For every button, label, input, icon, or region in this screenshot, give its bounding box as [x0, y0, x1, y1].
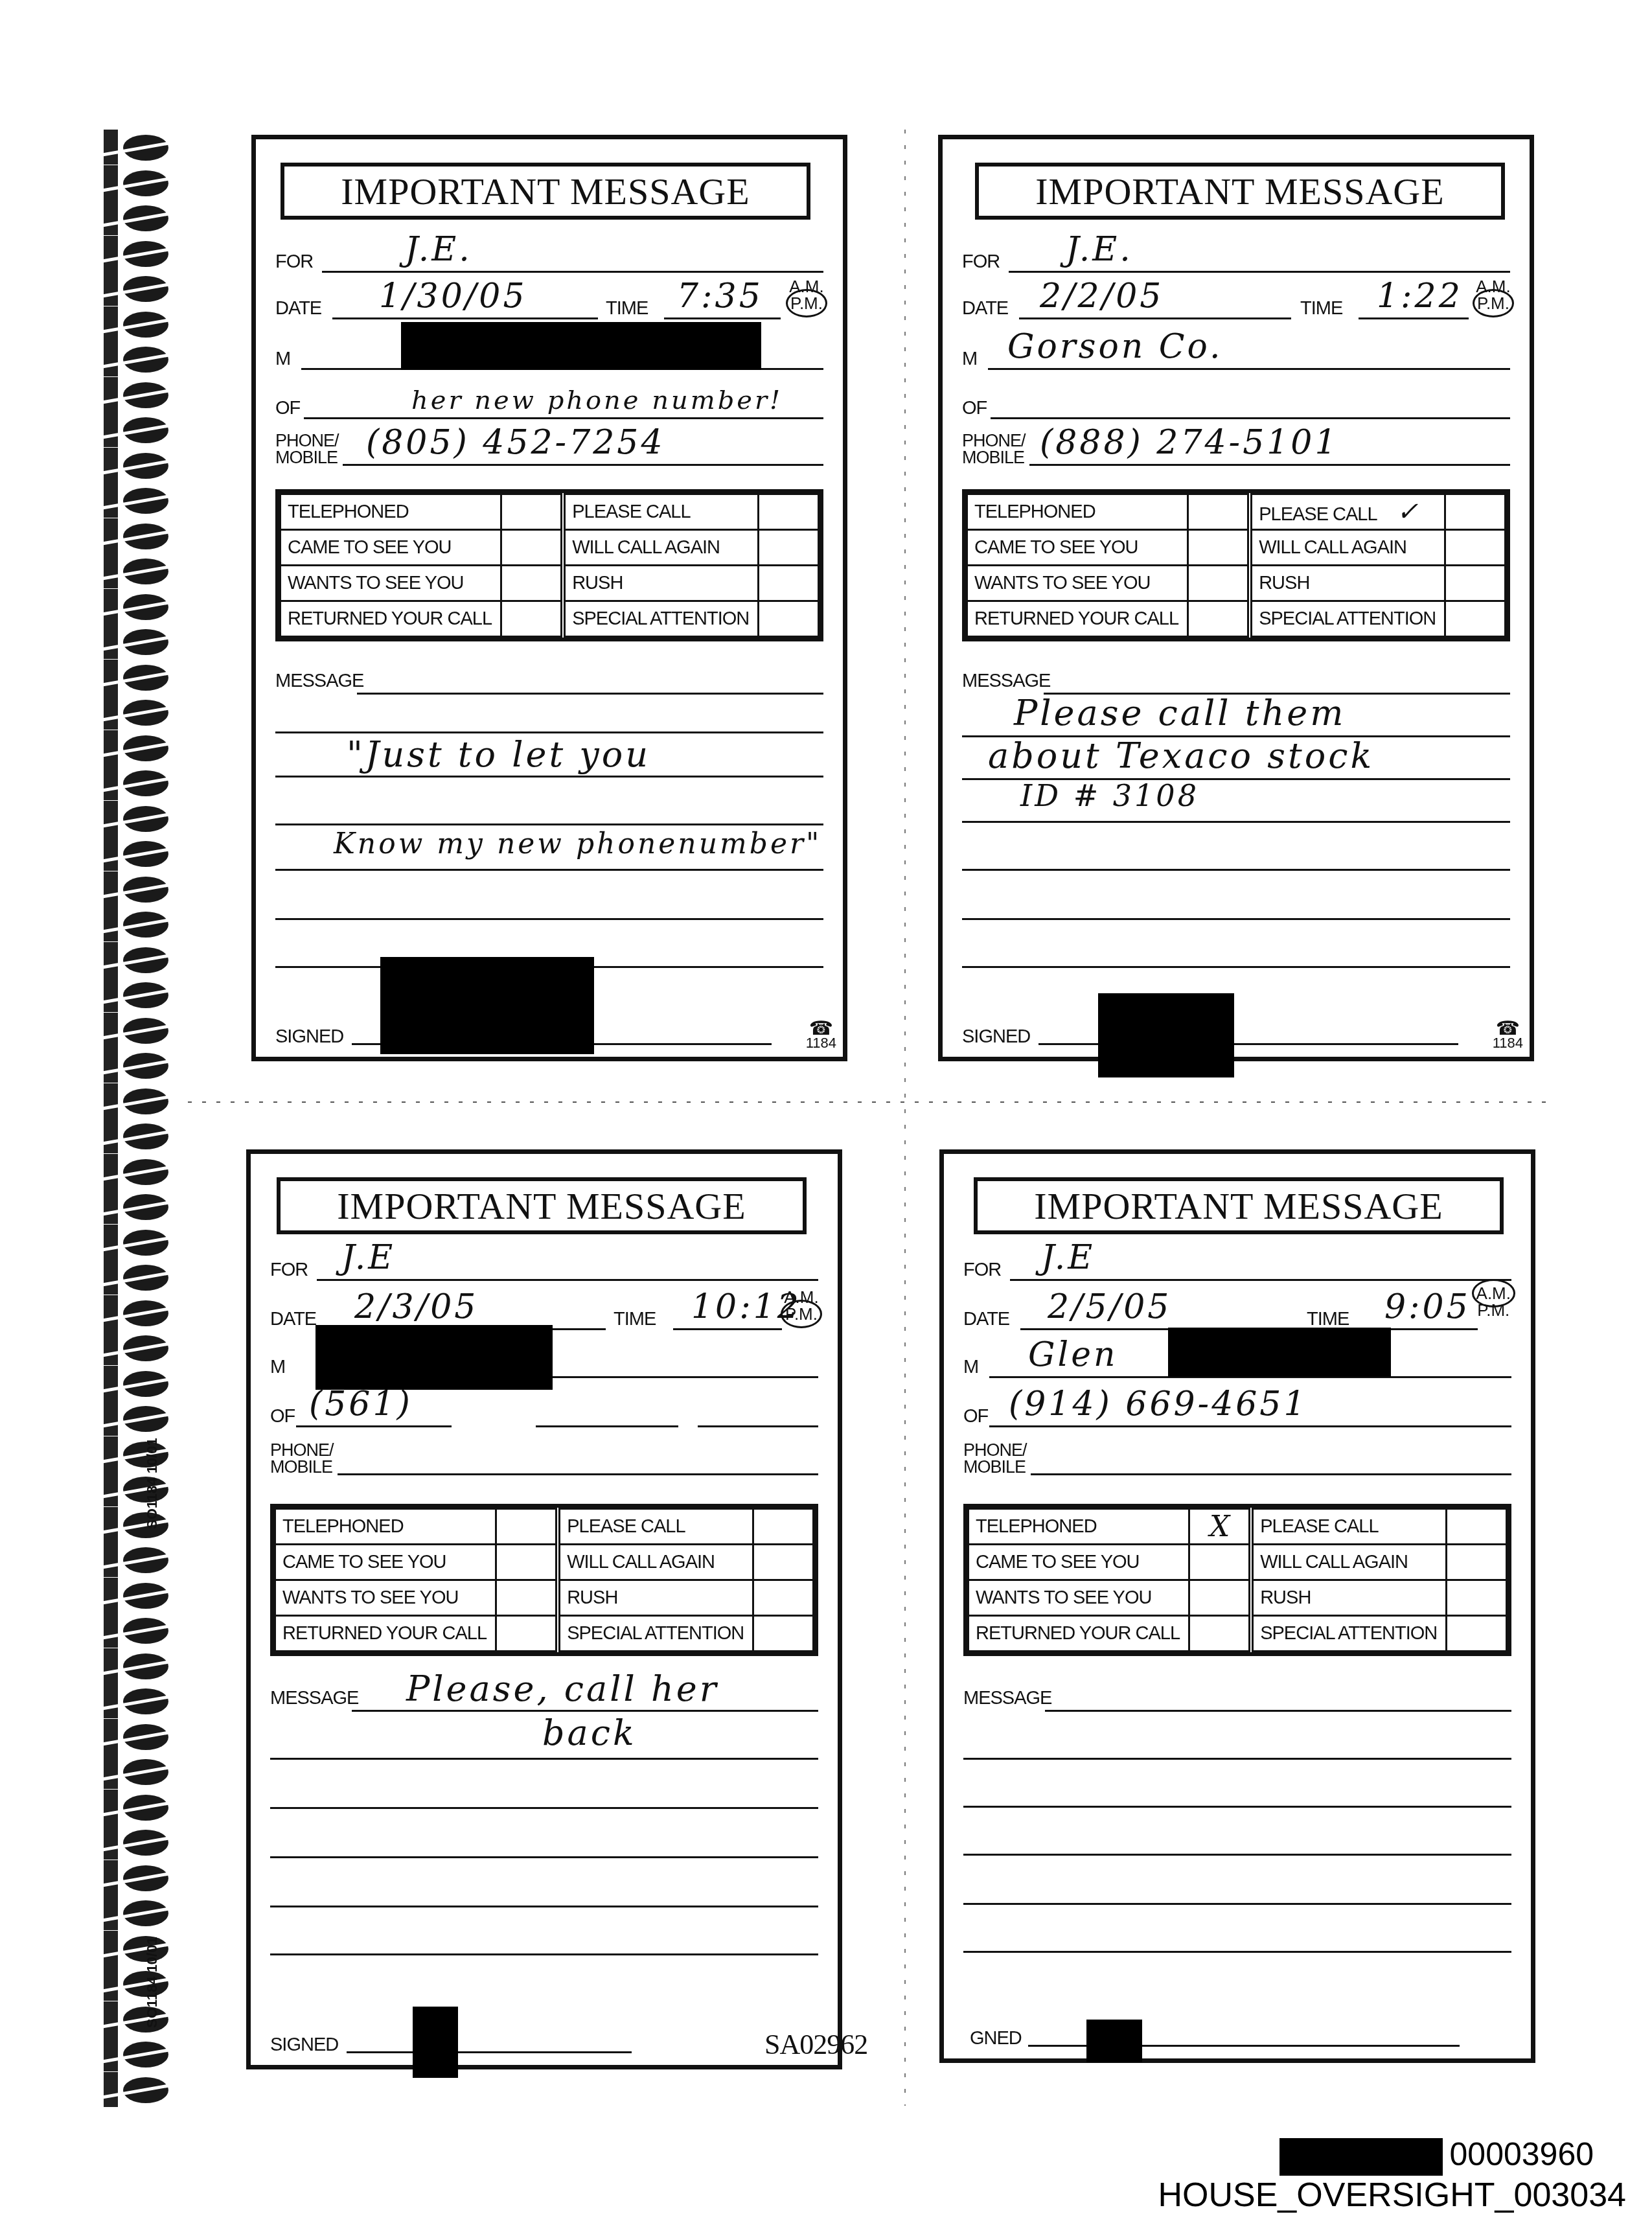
- slip-title: IMPORTANT MESSAGE: [1035, 170, 1444, 213]
- wants-to-see-you-checkbox[interactable]: [1188, 566, 1250, 601]
- perforation-horizontal: [188, 1101, 1555, 1103]
- phone-logo-icon: ☎: [1493, 1022, 1523, 1036]
- spiral-coil: [84, 1366, 207, 1401]
- slip-title: IMPORTANT MESSAGE: [337, 1184, 746, 1228]
- special-attention-checkbox[interactable]: [759, 601, 819, 637]
- rush-checkbox[interactable]: [759, 566, 819, 601]
- special-attention-checkbox[interactable]: [1447, 1616, 1507, 1652]
- house-oversight-id: HOUSE_OVERSIGHT_003034: [1158, 2176, 1626, 2215]
- message-line-1: Please call them: [1014, 693, 1346, 733]
- special-attention-label: SPECIAL ATTENTION: [1250, 601, 1445, 637]
- spiral-coil: [84, 1330, 207, 1365]
- please-call-checkbox[interactable]: [1447, 1509, 1507, 1545]
- ampm-indicator: A.M. P.M.: [786, 278, 827, 312]
- returned-your-call-checkbox[interactable]: [1189, 1616, 1252, 1652]
- will-call-again-label: WILL CALL AGAIN: [558, 1545, 753, 1580]
- for-field: FOR J.E: [270, 1245, 818, 1284]
- please-call-checkbox[interactable]: [1445, 494, 1506, 530]
- telephoned-label: TELEPHONED: [275, 1509, 496, 1545]
- for-value: J.E: [1041, 1238, 1095, 1277]
- spiral-coil: [84, 836, 207, 871]
- slip-title-box: IMPORTANT MESSAGE: [277, 1177, 807, 1234]
- redaction-bar: [401, 322, 761, 370]
- perforation-vertical: [904, 130, 906, 2106]
- for-label: FOR: [963, 1260, 1001, 1281]
- phone-value: (888) 274-5101: [1040, 423, 1339, 462]
- spiral-coil: [84, 1083, 207, 1118]
- checkbox-table: TELEPHONEDXPLEASE CALL CAME TO SEE YOUWI…: [963, 1504, 1511, 1656]
- time-label: TIME: [1300, 298, 1342, 319]
- of-label: OF: [963, 1406, 988, 1427]
- spiral-coil: [84, 271, 207, 306]
- spiral-coil: [84, 1118, 207, 1153]
- message-label: MESSAGE: [275, 671, 363, 692]
- for-label: FOR: [275, 251, 313, 273]
- wants-to-see-you-label: WANTS TO SEE YOU: [967, 566, 1188, 601]
- spiral-coil: [84, 1260, 207, 1295]
- message-area: MESSAGE Please, call her back: [270, 1679, 818, 2016]
- message-line-3: ID # 3108: [1020, 778, 1199, 813]
- wants-to-see-you-checkbox[interactable]: [1189, 1580, 1252, 1616]
- spiral-coil: [84, 1613, 207, 1648]
- phone-label: PHONE/MOBILE: [270, 1442, 334, 1475]
- redaction-bar: [315, 1325, 553, 1390]
- spiral-coil: [84, 236, 207, 271]
- checkbox-table: TELEPHONEDPLEASE CALL CAME TO SEE YOUWIL…: [270, 1504, 818, 1656]
- message-label: MESSAGE: [270, 1688, 358, 1709]
- spiral-coil: [84, 448, 207, 483]
- spiral-coil: [84, 1542, 207, 1577]
- will-call-again-checkbox[interactable]: [753, 1545, 814, 1580]
- spiral-coil: [84, 1860, 207, 1895]
- binding-code-upper: SO1184 10/01: [144, 1438, 161, 1529]
- signature-redaction: [1098, 993, 1234, 1077]
- message-area: MESSAGE: [963, 1679, 1511, 2016]
- will-call-again-checkbox[interactable]: [759, 530, 819, 566]
- wants-to-see-you-label: WANTS TO SEE YOU: [281, 566, 501, 601]
- wants-to-see-you-checkbox[interactable]: [496, 1580, 558, 1616]
- came-to-see-you-label: CAME TO SEE YOU: [275, 1545, 496, 1580]
- of-label: OF: [962, 398, 987, 419]
- spiral-coil: [84, 165, 207, 200]
- of-label: OF: [270, 1406, 295, 1427]
- spiral-coil: [84, 412, 207, 447]
- spiral-coil: [84, 1825, 207, 1860]
- spiral-coil: [84, 1895, 207, 1930]
- ampm-indicator: A.M. P.M.: [1472, 1285, 1515, 1319]
- pm-label: P.M.: [1472, 1302, 1515, 1319]
- rush-checkbox[interactable]: [1447, 1580, 1507, 1616]
- signature-redaction: [413, 2007, 458, 2078]
- date-value: 2/5/05: [1048, 1287, 1171, 1326]
- date-value: 2/3/05: [354, 1287, 478, 1326]
- for-field: FOR J.E.: [962, 236, 1510, 275]
- of-value: (914) 669-4651: [1009, 1385, 1308, 1423]
- signature-redaction: [1086, 2020, 1142, 2062]
- please-call-label: PLEASE CALL: [558, 1509, 753, 1545]
- rush-label: RUSH: [563, 566, 758, 601]
- message-area: MESSAGE "Just to let you Know my new pho…: [275, 671, 823, 995]
- came-to-see-you-label: CAME TO SEE YOU: [967, 530, 1188, 566]
- spiral-coil: [84, 589, 207, 624]
- slip-title: IMPORTANT MESSAGE: [341, 170, 750, 213]
- wants-to-see-you-checkbox[interactable]: [501, 566, 564, 601]
- ampm-indicator: A.M. P.M.: [781, 1289, 822, 1322]
- for-value: J.E.: [405, 230, 472, 269]
- spiral-coil: [84, 306, 207, 341]
- m-label: M: [275, 349, 290, 370]
- date-label: DATE: [962, 298, 1008, 319]
- message-line-2: about Texaco stock: [988, 735, 1374, 776]
- please-call-label: PLEASE CALL: [563, 494, 758, 530]
- spiral-coil: [84, 765, 207, 800]
- for-value: J.E.: [1066, 230, 1133, 269]
- spiral-coil: [84, 871, 207, 906]
- telephoned-label: TELEPHONED: [281, 494, 501, 530]
- m-label: M: [962, 349, 977, 370]
- phone-field: PHONE/MOBILE (805) 452-7254: [275, 430, 823, 468]
- signed-label: GNED: [970, 2028, 1022, 2049]
- m-value: Glen: [1028, 1335, 1118, 1374]
- phone-field: PHONE/MOBILE: [270, 1439, 818, 1478]
- spiral-coil: [84, 1790, 207, 1825]
- spiral-coil: [84, 730, 207, 765]
- came-to-see-you-checkbox[interactable]: [501, 530, 564, 566]
- spiral-coil: [84, 1648, 207, 1683]
- slip-title-box: IMPORTANT MESSAGE: [281, 163, 810, 220]
- please-call-label: PLEASE CALL: [1251, 1509, 1446, 1545]
- please-call-checkbox[interactable]: [759, 494, 819, 530]
- will-call-again-label: WILL CALL AGAIN: [1251, 1545, 1446, 1580]
- came-to-see-you-checkbox[interactable]: [1189, 1545, 1252, 1580]
- please-call-checkbox[interactable]: [753, 1509, 814, 1545]
- rush-label: RUSH: [558, 1580, 753, 1616]
- spiral-coil: [84, 2036, 207, 2071]
- spiral-coil: [84, 977, 207, 1012]
- spiral-coil: [84, 1295, 207, 1330]
- wants-to-see-you-label: WANTS TO SEE YOU: [275, 1580, 496, 1616]
- telephoned-checkbox[interactable]: [501, 494, 564, 530]
- time-label: TIME: [614, 1309, 656, 1330]
- spiral-coil: [84, 553, 207, 588]
- ampm-indicator: A.M. P.M.: [1473, 278, 1514, 312]
- returned-your-call-label: RETURNED YOUR CALL: [275, 1616, 496, 1652]
- bates-number: 00003960: [1450, 2136, 1594, 2173]
- will-call-again-label: WILL CALL AGAIN: [1250, 530, 1445, 566]
- telephoned-label: TELEPHONED: [969, 1509, 1189, 1545]
- phone-logo-icon: ☎: [806, 1022, 836, 1036]
- spiral-coil: [84, 942, 207, 977]
- came-to-see-you-checkbox[interactable]: [496, 1545, 558, 1580]
- slip-title-box: IMPORTANT MESSAGE: [975, 163, 1505, 220]
- phone-field: PHONE/MOBILE (888) 274-5101: [962, 430, 1510, 468]
- message-area: MESSAGE Please call them about Texaco st…: [962, 671, 1510, 995]
- rush-label: RUSH: [1250, 566, 1445, 601]
- time-value: 9:05: [1384, 1287, 1471, 1326]
- spiral-coil: [84, 341, 207, 376]
- spiral-coil: [84, 1719, 207, 1754]
- date-value: 2/2/05: [1040, 277, 1164, 316]
- check-mark-icon: ✓: [1397, 497, 1418, 527]
- phone-field: PHONE/MOBILE: [963, 1439, 1511, 1478]
- message-slip-2: IMPORTANT MESSAGE FOR J.E. DATE 2/2/05 T…: [938, 135, 1534, 1061]
- bates-redaction: [1279, 2138, 1443, 2176]
- m-label: M: [270, 1357, 285, 1378]
- spiral-coil: [84, 1754, 207, 1789]
- returned-your-call-checkbox[interactable]: [1188, 601, 1250, 637]
- for-label: FOR: [962, 251, 1000, 273]
- pm-label-circled: P.M.: [1473, 289, 1514, 317]
- spiral-coil: [84, 1683, 207, 1718]
- message-line-2: Know my new phonenumber": [334, 827, 821, 860]
- rush-label: RUSH: [1251, 1580, 1446, 1616]
- telephoned-checkbox[interactable]: X: [1189, 1509, 1252, 1545]
- special-attention-label: SPECIAL ATTENTION: [1251, 1616, 1446, 1652]
- pm-label-circled: P.M.: [786, 289, 827, 317]
- form-number: ☎1184: [806, 1022, 836, 1050]
- telephoned-checkbox[interactable]: [496, 1509, 558, 1545]
- date-label: DATE: [963, 1309, 1009, 1330]
- m-label: M: [963, 1357, 978, 1378]
- special-attention-checkbox[interactable]: [753, 1616, 814, 1652]
- date-label: DATE: [275, 298, 321, 319]
- spiral-coil: [84, 483, 207, 518]
- message-label: MESSAGE: [962, 671, 1050, 692]
- of-field: OF (561): [270, 1391, 818, 1430]
- spiral-coil: [84, 518, 207, 553]
- signed-label: SIGNED: [962, 1026, 1030, 1048]
- spiral-coil: [84, 801, 207, 836]
- message-label: MESSAGE: [963, 1688, 1051, 1709]
- redaction-bar: [1168, 1328, 1391, 1377]
- date-time-field: DATE 2/2/05 TIME 1:22 A.M. P.M.: [962, 283, 1510, 322]
- of-value: (561): [309, 1385, 413, 1423]
- form-number: ☎1184: [1493, 1022, 1523, 1050]
- spiral-coil: [84, 1048, 207, 1083]
- returned-your-call-label: RETURNED YOUR CALL: [281, 601, 501, 637]
- came-to-see-you-label: CAME TO SEE YOU: [969, 1545, 1189, 1580]
- of-field: OF: [962, 383, 1510, 422]
- will-call-again-label: WILL CALL AGAIN: [563, 530, 758, 566]
- message-slip-1: IMPORTANT MESSAGE FOR J.E. DATE 1/30/05 …: [251, 135, 847, 1061]
- date-value: 1/30/05: [379, 277, 527, 316]
- checkbox-table: TELEPHONEDPLEASE CALL✓ CAME TO SEE YOUWI…: [962, 489, 1510, 641]
- message-slip-4: IMPORTANT MESSAGE FOR J.E DATE 2/5/05 TI…: [939, 1149, 1535, 2063]
- phone-label: PHONE/MOBILE: [275, 432, 339, 466]
- pm-label-circled: P.M.: [781, 1300, 822, 1328]
- returned-your-call-checkbox[interactable]: [501, 601, 564, 637]
- telephoned-label: TELEPHONED: [967, 494, 1188, 530]
- special-attention-label: SPECIAL ATTENTION: [558, 1616, 753, 1652]
- signed-label: SIGNED: [270, 2034, 338, 2056]
- returned-your-call-label: RETURNED YOUR CALL: [967, 601, 1188, 637]
- time-label: TIME: [606, 298, 648, 319]
- spiral-coil: [84, 906, 207, 941]
- spiral-coil: [84, 1189, 207, 1224]
- telephoned-checkbox[interactable]: [1188, 494, 1250, 530]
- message-slip-3: IMPORTANT MESSAGE FOR J.E DATE 2/3/05 TI…: [246, 1149, 842, 2069]
- please-call-label: PLEASE CALL✓: [1250, 494, 1445, 530]
- message-line-1: "Just to let you: [347, 734, 650, 775]
- rush-checkbox[interactable]: [1445, 566, 1506, 601]
- time-value: 7:35: [677, 277, 763, 316]
- slip-title: IMPORTANT MESSAGE: [1034, 1184, 1443, 1228]
- slip-title-box: IMPORTANT MESSAGE: [974, 1177, 1504, 1234]
- spiral-coil: [84, 1225, 207, 1260]
- time-value: 1:22: [1377, 277, 1463, 316]
- date-label: DATE: [270, 1309, 316, 1330]
- spiral-coil: [84, 1401, 207, 1436]
- sa-stamp: SA02962: [764, 2028, 867, 2061]
- date-time-field: DATE 2/5/05 TIME 9:05 A.M. P.M.: [963, 1294, 1511, 1333]
- spiral-coil: [84, 695, 207, 730]
- of-field: OF (914) 669-4651: [963, 1391, 1511, 1430]
- came-to-see-you-checkbox[interactable]: [1188, 530, 1250, 566]
- rush-checkbox[interactable]: [753, 1580, 814, 1616]
- came-to-see-you-label: CAME TO SEE YOU: [281, 530, 501, 566]
- phone-value: (805) 452-7254: [366, 423, 665, 462]
- spiral-coil: [84, 130, 207, 165]
- checkbox-table: TELEPHONEDPLEASE CALL CAME TO SEE YOUWIL…: [275, 489, 823, 641]
- m-value: Gorson Co.: [1007, 327, 1222, 366]
- spiral-coil: [84, 660, 207, 695]
- of-field: OF her new phone number!: [275, 383, 823, 422]
- for-field: FOR J.E.: [275, 236, 823, 275]
- spiral-coil: [84, 377, 207, 412]
- m-field: M Gorson Co.: [962, 334, 1510, 373]
- phone-label: PHONE/MOBILE: [962, 432, 1026, 466]
- spiral-coil: [84, 200, 207, 235]
- spiral-coil: [84, 1154, 207, 1189]
- signature-redaction: [380, 957, 594, 1054]
- message-line-1: Please, call her: [406, 1668, 718, 1709]
- for-value: J.E: [341, 1238, 395, 1277]
- returned-your-call-checkbox[interactable]: [496, 1616, 558, 1652]
- wants-to-see-you-label: WANTS TO SEE YOU: [969, 1580, 1189, 1616]
- special-attention-label: SPECIAL ATTENTION: [563, 601, 758, 637]
- will-call-again-checkbox[interactable]: [1445, 530, 1506, 566]
- for-field: FOR J.E: [963, 1245, 1511, 1284]
- of-label: OF: [275, 398, 300, 419]
- message-line-2: back: [542, 1712, 637, 1753]
- binding-code-lower: SO1184 10/01: [144, 1937, 161, 2028]
- spiral-coil: [84, 2072, 207, 2107]
- spiral-coil: [84, 1013, 207, 1048]
- date-time-field: DATE 1/30/05 TIME 7:35 A.M. P.M.: [275, 283, 823, 322]
- spiral-coil: [84, 624, 207, 659]
- signed-label: SIGNED: [275, 1026, 343, 1048]
- special-attention-checkbox[interactable]: [1445, 601, 1506, 637]
- will-call-again-checkbox[interactable]: [1447, 1545, 1507, 1580]
- returned-your-call-label: RETURNED YOUR CALL: [969, 1616, 1189, 1652]
- for-label: FOR: [270, 1260, 308, 1281]
- spiral-binding: [78, 130, 214, 2099]
- of-value: her new phone number!: [411, 386, 783, 415]
- spiral-coil: [84, 1578, 207, 1613]
- phone-label: PHONE/MOBILE: [963, 1442, 1027, 1475]
